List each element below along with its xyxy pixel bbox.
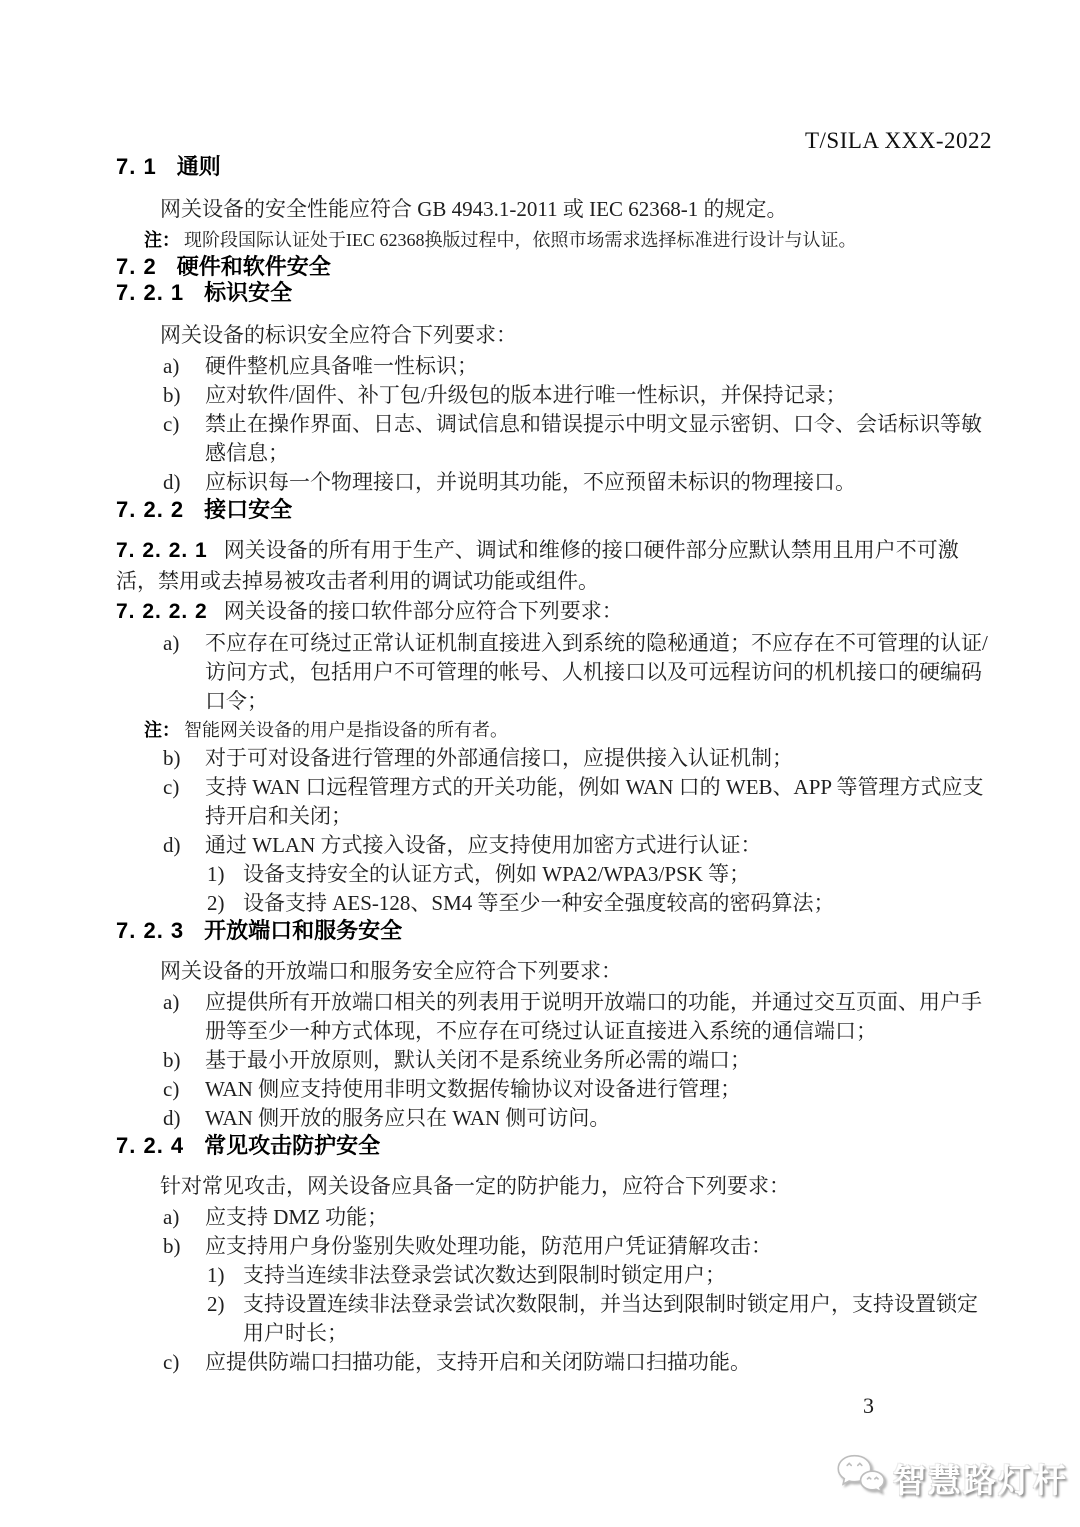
section-heading-7-2-1: 7. 2. 1标识安全 (116, 280, 992, 306)
heading-number: 7. 2. 3 (116, 918, 184, 944)
document-page: T/SILA XXX-2022 7. 1通则 网关设备的安全性能应符合 GB 4… (0, 0, 1080, 1527)
list-text: 对于可对设备进行管理的外部通信接口，应提供接入认证机制； (205, 744, 992, 773)
watermark-text: 智慧路灯杆 (893, 1455, 1068, 1502)
list-item: d)通过 WLAN 方式接入设备，应支持使用加密方式进行认证： (116, 831, 992, 860)
paragraph-7-1: 网关设备的安全性能应符合 GB 4943.1-2011 或 IEC 62368-… (116, 194, 992, 224)
heading-number: 7. 1 (116, 154, 157, 180)
sub-list-item: 2)设备支持 AES-128、SM4 等至少一种安全强度较高的密码算法； (116, 889, 992, 918)
paragraph-7-2-1-intro: 网关设备的标识安全应符合下列要求： (116, 320, 992, 350)
list-text: 不应存在可绕过正常认证机制直接进入到系统的隐秘通道；不应存在不可管理的认证/访问… (205, 629, 992, 716)
heading-title: 接口安全 (204, 497, 292, 522)
list-marker: 1) (207, 860, 243, 889)
list-item: a)不应存在可绕过正常认证机制直接进入到系统的隐秘通道；不应存在不可管理的认证/… (116, 629, 992, 716)
requirement-list-7-2-3: a)应提供所有开放端口相关的列表用于说明开放端口的功能，并通过交互页面、用户手册… (116, 988, 992, 1133)
list-marker: c) (163, 1348, 205, 1377)
note-7-1: 注：现阶段国际认证处于IEC 62368换版过程中，依照市场需求选择标准进行设计… (116, 226, 992, 254)
list-marker: c) (163, 1075, 205, 1104)
heading-number: 7. 2. 4 (116, 1133, 184, 1159)
heading-title: 硬件和软件安全 (177, 254, 331, 279)
clause-text: 网关设备的所有用于生产、调试和维修的接口硬件部分应默认禁用且用户不可激活，禁用或… (116, 538, 959, 593)
note-text: 现阶段国际认证处于IEC 62368换版过程中，依照市场需求选择标准进行设计与认… (184, 230, 857, 250)
list-text: 应标识每一个物理接口，并说明其功能，不应预留未标识的物理接口。 (205, 468, 992, 497)
list-marker: b) (163, 1232, 205, 1261)
list-text: 支持 WAN 口远程管理方式的开关功能，例如 WAN 口的 WEB、APP 等管… (205, 773, 992, 831)
list-item: d)WAN 侧开放的服务应只在 WAN 侧可访问。 (116, 1104, 992, 1133)
list-item: b)应支持用户身份鉴别失败处理功能，防范用户凭证猜解攻击： (116, 1232, 992, 1261)
watermark: 智慧路灯杆 (835, 1452, 1068, 1505)
clause-number: 7. 2. 2. 2 (116, 600, 208, 623)
page-content: T/SILA XXX-2022 7. 1通则 网关设备的安全性能应符合 GB 4… (0, 0, 1080, 1419)
list-text: WAN 侧开放的服务应只在 WAN 侧可访问。 (205, 1104, 992, 1133)
list-item: d)应标识每一个物理接口，并说明其功能，不应预留未标识的物理接口。 (116, 468, 992, 497)
list-marker: d) (163, 1104, 205, 1133)
heading-number: 7. 2. 2 (116, 497, 184, 523)
doc-code: T/SILA XXX-2022 (805, 128, 992, 153)
paragraph-7-2-3-intro: 网关设备的开放端口和服务安全应符合下列要求： (116, 956, 992, 986)
list-marker: d) (163, 468, 205, 497)
paragraph-7-2-4-intro: 针对常见攻击，网关设备应具备一定的防护能力，应符合下列要求： (116, 1171, 992, 1201)
list-text: 基于最小开放原则，默认关闭不是系统业务所必需的端口； (205, 1046, 992, 1075)
list-item: b)应对软件/固件、补丁包/升级包的版本进行唯一性标识，并保持记录； (116, 381, 992, 410)
section-heading-7-2-2: 7. 2. 2接口安全 (116, 497, 992, 523)
heading-number: 7. 2 (116, 254, 157, 280)
list-marker: b) (163, 1046, 205, 1075)
sub-list-item: 1)支持当连续非法登录尝试次数达到限制时锁定用户； (116, 1261, 992, 1290)
list-marker: c) (163, 410, 205, 468)
requirement-list-7-2-2: a)不应存在可绕过正常认证机制直接进入到系统的隐秘通道；不应存在不可管理的认证/… (116, 629, 992, 918)
section-heading-7-1: 7. 1通则 (116, 154, 992, 180)
sub-list-item: 2)支持设置连续非法登录尝试次数限制，并当达到限制时锁定用户，支持设置锁定用户时… (116, 1290, 992, 1348)
list-item: b)基于最小开放原则，默认关闭不是系统业务所必需的端口； (116, 1046, 992, 1075)
list-marker: a) (163, 988, 205, 1046)
document-header: T/SILA XXX-2022 (116, 128, 992, 154)
list-item: b)对于可对设备进行管理的外部通信接口，应提供接入认证机制； (116, 744, 992, 773)
sub-list-item: 1)设备支持安全的认证方式，例如 WPA2/WPA3/PSK 等； (116, 860, 992, 889)
list-marker: a) (163, 629, 205, 716)
section-heading-7-2-3: 7. 2. 3开放端口和服务安全 (116, 918, 992, 944)
note-text: 智能网关设备的用户是指设备的所有者。 (184, 720, 508, 740)
note-7-2-2: 注：智能网关设备的用户是指设备的所有者。 (116, 716, 992, 744)
list-item: c)应提供防端口扫描功能，支持开启和关闭防端口扫描功能。 (116, 1348, 992, 1377)
list-text: 支持当连续非法登录尝试次数达到限制时锁定用户； (243, 1261, 992, 1290)
list-marker: 1) (207, 1261, 243, 1290)
list-marker: 2) (207, 889, 243, 918)
note-label: 注： (144, 720, 180, 740)
clause-7-2-2-2: 7. 2. 2. 2网关设备的接口软件部分应符合下列要求： (116, 596, 992, 627)
list-marker: a) (163, 1203, 205, 1232)
list-marker: d) (163, 831, 205, 860)
list-marker: b) (163, 744, 205, 773)
list-text: 设备支持 AES-128、SM4 等至少一种安全强度较高的密码算法； (243, 889, 992, 918)
requirement-list-7-2-1: a)硬件整机应具备唯一性标识； b)应对软件/固件、补丁包/升级包的版本进行唯一… (116, 352, 992, 497)
list-text: 禁止在操作界面、日志、调试信息和错误提示中明文显示密钥、口令、会话标识等敏感信息… (205, 410, 992, 468)
list-marker: c) (163, 773, 205, 831)
heading-title: 开放端口和服务安全 (204, 918, 402, 943)
list-text: 通过 WLAN 方式接入设备，应支持使用加密方式进行认证： (205, 831, 992, 860)
section-heading-7-2: 7. 2硬件和软件安全 (116, 254, 992, 280)
list-text: 设备支持安全的认证方式，例如 WPA2/WPA3/PSK 等； (243, 860, 992, 889)
heading-title: 标识安全 (204, 280, 292, 305)
list-item: a)应支持 DMZ 功能； (116, 1203, 992, 1232)
heading-title: 常见攻击防护安全 (204, 1133, 380, 1158)
list-text: WAN 侧应支持使用非明文数据传输协议对设备进行管理； (205, 1075, 992, 1104)
list-text: 支持设置连续非法登录尝试次数限制，并当达到限制时锁定用户，支持设置锁定用户时长； (243, 1290, 992, 1348)
section-heading-7-2-4: 7. 2. 4常见攻击防护安全 (116, 1133, 992, 1159)
list-item: a)硬件整机应具备唯一性标识； (116, 352, 992, 381)
list-text: 应支持用户身份鉴别失败处理功能，防范用户凭证猜解攻击： (205, 1232, 992, 1261)
clause-number: 7. 2. 2. 1 (116, 539, 208, 562)
note-label: 注： (144, 230, 180, 250)
list-item: a)应提供所有开放端口相关的列表用于说明开放端口的功能，并通过交互页面、用户手册… (116, 988, 992, 1046)
heading-number: 7. 2. 1 (116, 280, 184, 306)
requirement-list-7-2-4: a)应支持 DMZ 功能； b)应支持用户身份鉴别失败处理功能，防范用户凭证猜解… (116, 1203, 992, 1377)
list-item: c)支持 WAN 口远程管理方式的开关功能，例如 WAN 口的 WEB、APP … (116, 773, 992, 831)
page-number: 3 (116, 1393, 992, 1419)
list-item: c)禁止在操作界面、日志、调试信息和错误提示中明文显示密钥、口令、会话标识等敏感… (116, 410, 992, 468)
clause-7-2-2-1: 7. 2. 2. 1网关设备的所有用于生产、调试和维修的接口硬件部分应默认禁用且… (116, 535, 992, 596)
list-text: 应对软件/固件、补丁包/升级包的版本进行唯一性标识，并保持记录； (205, 381, 992, 410)
list-item: c)WAN 侧应支持使用非明文数据传输协议对设备进行管理； (116, 1075, 992, 1104)
list-text: 应支持 DMZ 功能； (205, 1203, 992, 1232)
list-marker: b) (163, 381, 205, 410)
list-text: 应提供防端口扫描功能，支持开启和关闭防端口扫描功能。 (205, 1348, 992, 1377)
wechat-icon (835, 1452, 887, 1505)
list-text: 应提供所有开放端口相关的列表用于说明开放端口的功能，并通过交互页面、用户手册等至… (205, 988, 992, 1046)
list-text: 硬件整机应具备唯一性标识； (205, 352, 992, 381)
list-marker: a) (163, 352, 205, 381)
heading-title: 通则 (177, 154, 221, 179)
clause-text: 网关设备的接口软件部分应符合下列要求： (224, 599, 623, 623)
list-marker: 2) (207, 1290, 243, 1348)
